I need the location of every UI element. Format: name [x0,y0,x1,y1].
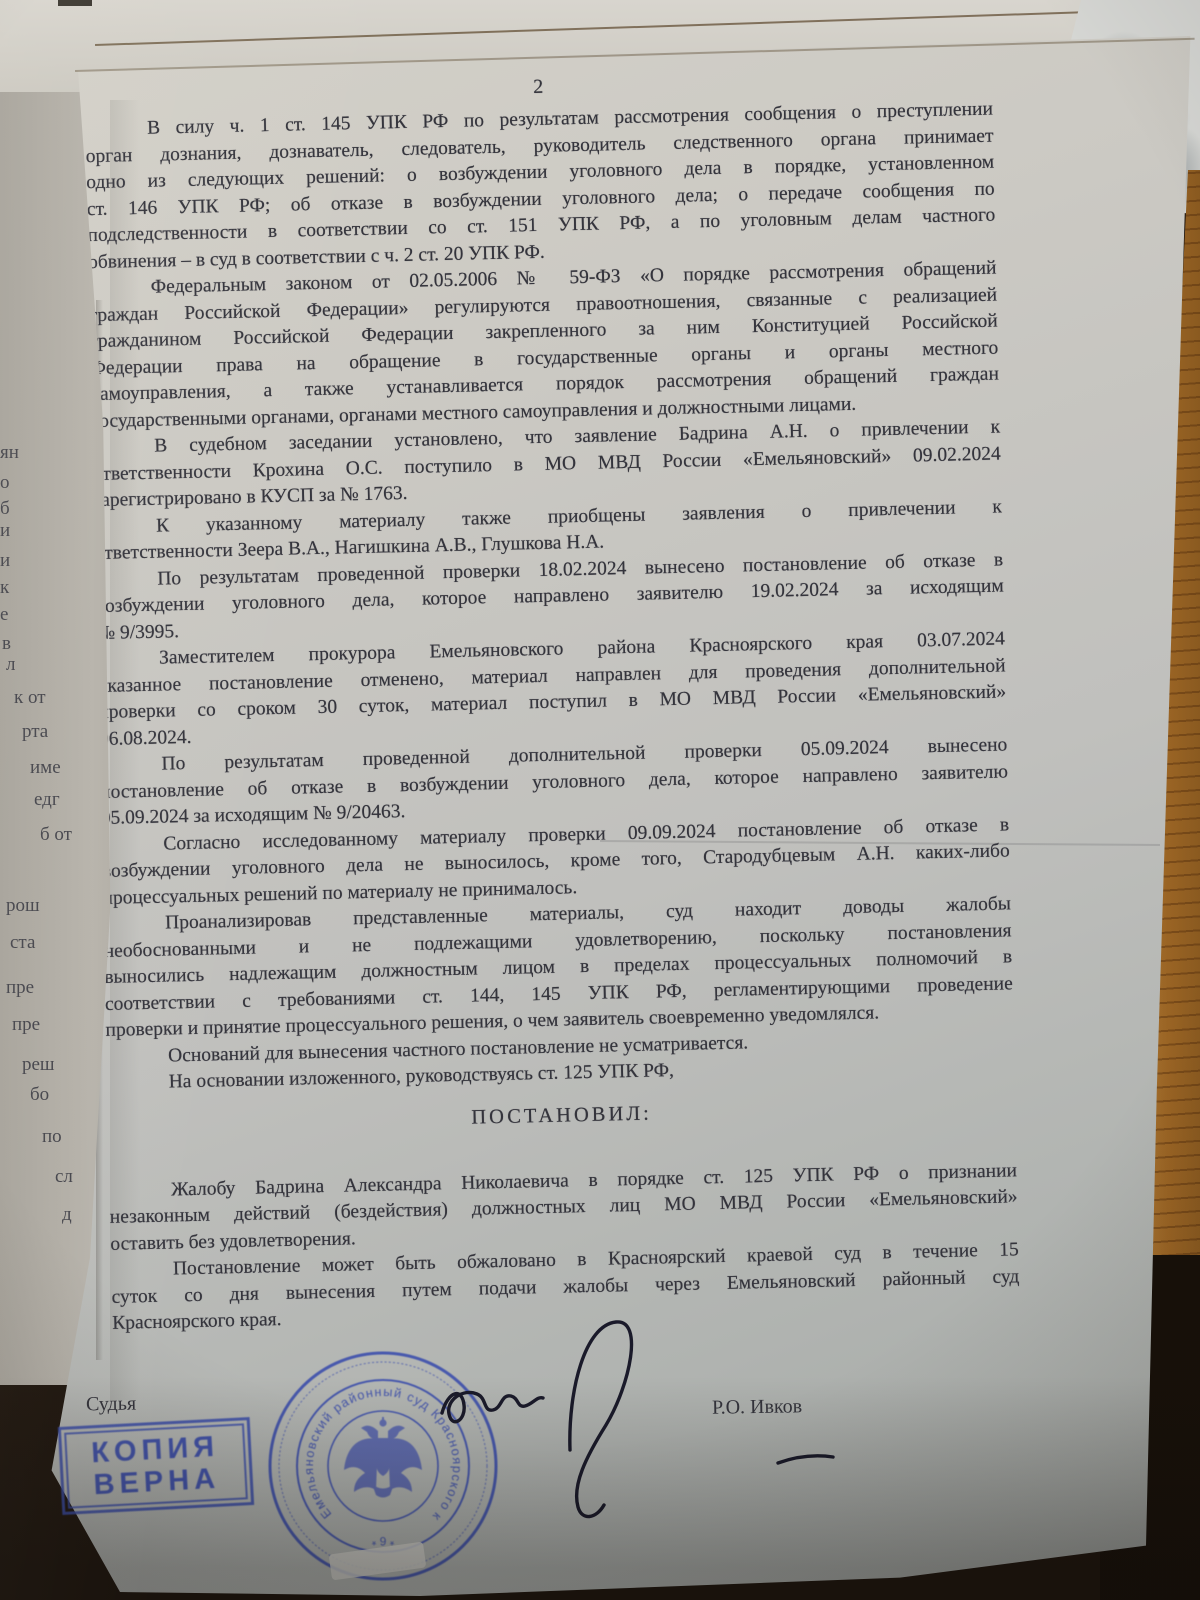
text-fragment: рош [6,896,40,915]
text-fragment: и [0,521,10,540]
double-headed-eagle-emblem [344,1417,422,1498]
text-fragment: б от [40,825,72,844]
judge-label: Судья [86,1393,136,1417]
copy-verna-stamp-frame: КОПИЯ ВЕРНА [64,1423,248,1508]
text-fragment: по [42,1127,62,1146]
dark-notch [58,0,92,6]
text-fragment: б [0,499,10,518]
text-fragment: в [2,634,11,653]
text-fragment: к [0,578,9,597]
text-fragment: рта [22,722,48,741]
text-fragment: е [0,605,8,624]
text-fragment: име [30,758,61,777]
text-fragment: реш [22,1055,55,1074]
text-fragment: бо [30,1085,49,1104]
text-fragment: сл [55,1167,73,1186]
text-fragment: пре [6,978,34,997]
text-fragment: о [0,473,10,492]
text-fragment: ста [10,933,35,952]
text-fragment: к от [14,688,46,707]
text-fragment: д [62,1205,72,1224]
judge-signature [420,1295,870,1595]
text-fragment: пре [12,1015,40,1034]
text-fragment: едг [34,790,60,809]
text-fragment: ян [0,443,19,462]
text-fragment: л [6,655,15,674]
text-fragment: и [0,551,10,570]
copy-verna-stamp: КОПИЯ ВЕРНА [58,1417,254,1515]
